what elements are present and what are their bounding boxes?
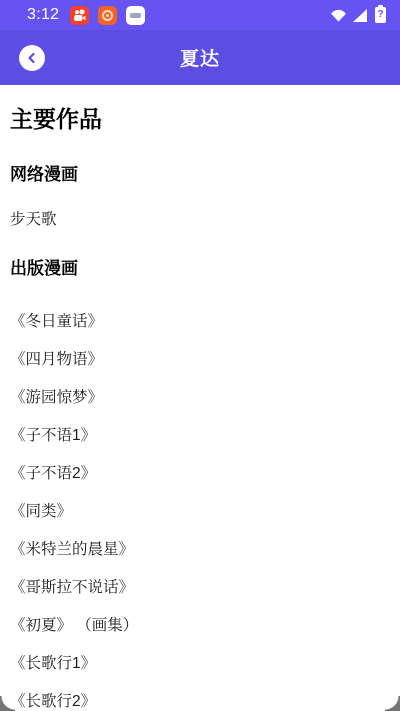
wifi-icon <box>330 8 347 23</box>
kuaishou-app-icon <box>70 6 89 25</box>
app-bar: 夏达 <box>0 30 400 85</box>
phone-screen: 3:12 ? <box>0 0 400 711</box>
status-bar: 3:12 ? <box>0 0 400 30</box>
battery-icon: ? <box>375 7 386 23</box>
section-title-published-comics: 出版漫画 <box>10 258 390 279</box>
work-item: 《冬日童话》 <box>10 312 390 331</box>
white-app-icon <box>126 6 145 25</box>
status-time: 3:12 <box>27 6 59 24</box>
camera-glyph <box>72 8 87 23</box>
chevron-left-icon <box>25 51 39 65</box>
battery-unknown-text: ? <box>377 10 383 20</box>
work-item: 《米特兰的晨星》 <box>10 540 390 559</box>
work-item: 《长歌行1》 <box>10 654 390 673</box>
back-button[interactable] <box>19 45 45 71</box>
content-area: 主要作品 网络漫画 步天歌 出版漫画 《冬日童话》 《四月物语》 《游园惊梦》 … <box>0 105 400 711</box>
ring-glyph <box>102 10 113 21</box>
section-title-web-comics: 网络漫画 <box>10 164 390 185</box>
work-item: 步天歌 <box>10 210 390 229</box>
work-item: 《长歌行2》 <box>10 692 390 711</box>
orange-app-icon <box>98 6 117 25</box>
cellular-signal-icon <box>352 8 368 23</box>
work-item: 《哥斯拉不说话》 <box>10 578 390 597</box>
work-item: 《四月物语》 <box>10 350 390 369</box>
page-title: 夏达 <box>180 44 220 71</box>
work-item: 《子不语1》 <box>10 426 390 445</box>
status-right-icons: ? <box>330 7 386 23</box>
work-item: 《子不语2》 <box>10 464 390 483</box>
main-heading: 主要作品 <box>10 105 390 133</box>
tiny-text-glyph <box>130 13 141 18</box>
work-item: 《同类》 <box>10 502 390 521</box>
work-item: 《初夏》 （画集） <box>10 616 390 635</box>
work-item: 《游园惊梦》 <box>10 388 390 407</box>
